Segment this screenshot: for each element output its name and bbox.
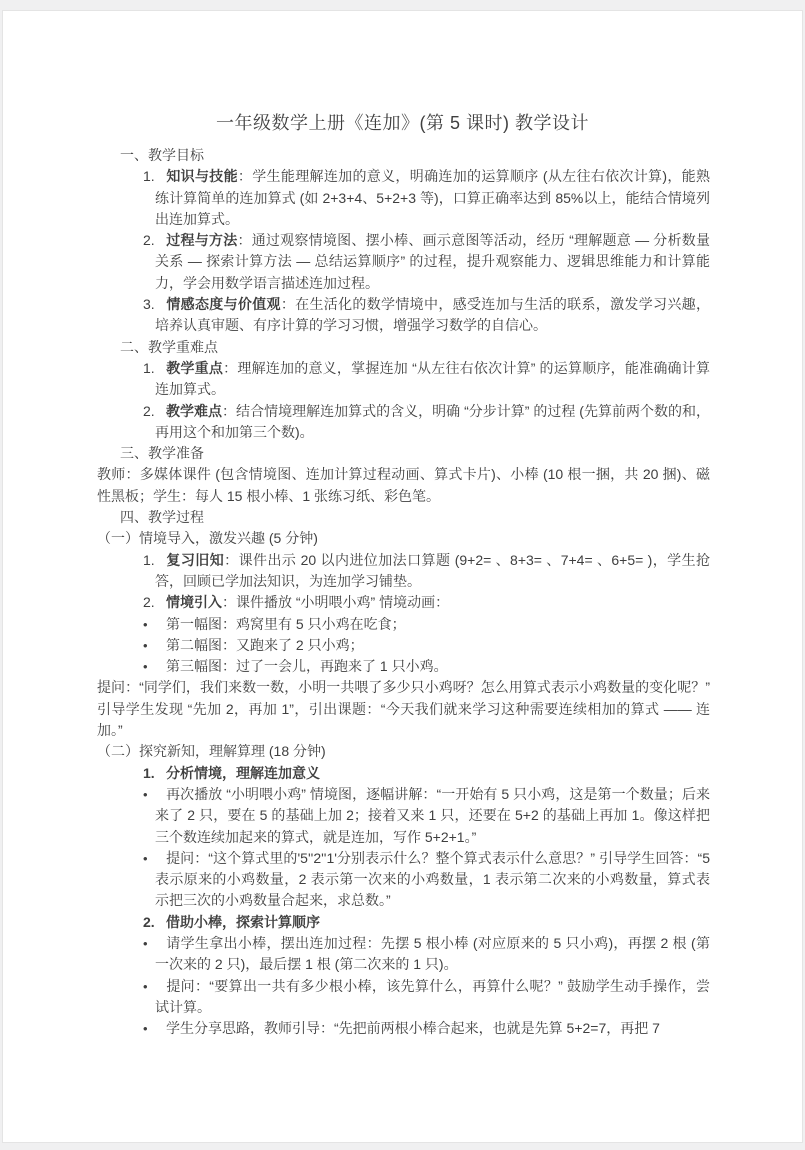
- paragraph: 提问：“同学们，我们来数一数，小明一共喂了多少只小鸡呀？怎么用算式表示小鸡数量的…: [97, 677, 710, 741]
- section-heading: 二、教学重难点: [97, 337, 710, 358]
- bold-label: 教学难点: [166, 403, 222, 419]
- bullet-marker: •: [143, 848, 166, 869]
- bullet-marker: •: [143, 933, 166, 954]
- paragraph: 教师：多媒体课件 (包含情境图、连加计算过程动画、算式卡片)、小棒 (10 根一…: [97, 464, 710, 507]
- bullet-marker: •: [143, 656, 166, 677]
- numbered-list-item: 2.过程与方法：通过观察情境图、摆小棒、画示意图等活动，经历 “理解题意 — 分…: [97, 230, 710, 294]
- subsection-heading: （二）探究新知，理解算理 (18 分钟): [97, 741, 710, 762]
- numbered-list-item: 1.知识与技能：学生能理解连加的意义，明确连加的运算顺序 (从左往右依次计算)，…: [97, 166, 710, 230]
- bold-label: 知识与技能: [166, 168, 238, 184]
- numbered-list-item-bold: 1.分析情境，理解连加意义: [97, 763, 710, 784]
- section-heading: 四、教学过程: [97, 507, 710, 528]
- list-number: 1.: [143, 550, 166, 571]
- document-page: 一年级数学上册《连加》(第 5 课时) 教学设计 一、教学目标1.知识与技能：学…: [2, 10, 803, 1143]
- bold-label: 过程与方法: [166, 232, 237, 248]
- section-heading: 三、教学准备: [97, 443, 710, 464]
- bullet-marker: •: [143, 1018, 166, 1039]
- bullet-marker: •: [143, 614, 166, 635]
- list-number: 2.: [143, 401, 166, 422]
- bullet-list-item: •再次播放 “小明喂小鸡” 情境图，逐幅讲解：“一开始有 5 只小鸡，这是第一个…: [97, 784, 710, 848]
- document-body: 一、教学目标1.知识与技能：学生能理解连加的意义，明确连加的运算顺序 (从左往右…: [97, 145, 710, 1039]
- numbered-list-item: 2.教学难点：结合情境理解连加算式的含义，明确 “分步计算” 的过程 (先算前两…: [97, 401, 710, 444]
- list-number: 1.: [143, 358, 166, 379]
- list-number: 2.: [143, 592, 166, 613]
- list-number: 3.: [143, 294, 166, 315]
- bullet-list-item: •第二幅图：又跑来了 2 只小鸡；: [97, 635, 710, 656]
- bullet-list-item: •提问：“这个算式里的'5''2''1'分别表示什么？整个算式表示什么意思？” …: [97, 848, 710, 912]
- section-heading: 一、教学目标: [97, 145, 710, 166]
- bullet-list-item: •第一幅图：鸡窝里有 5 只小鸡在吃食；: [97, 614, 710, 635]
- numbered-list-item: 1.复习旧知：课件出示 20 以内进位加法口算题 (9+2= 、8+3= 、7+…: [97, 550, 710, 593]
- list-number: 2.: [143, 912, 166, 933]
- numbered-list-item-bold: 2.借助小棒，探索计算顺序: [97, 912, 710, 933]
- bullet-list-item: •学生分享思路，教师引导：“先把前两根小棒合起来，也就是先算 5+2=7，再把 …: [97, 1018, 710, 1039]
- subsection-heading: （一）情境导入，激发兴趣 (5 分钟): [97, 528, 710, 549]
- list-number: 1.: [143, 166, 166, 187]
- bold-label: 分析情境，理解连加意义: [166, 765, 320, 781]
- document-viewer: { "canvas": { "backdrop_color": "#f0f0f1…: [0, 0, 805, 1150]
- bullet-marker: •: [143, 635, 166, 656]
- bold-label: 情境引入: [166, 594, 222, 610]
- bold-label: 教学重点: [166, 360, 223, 376]
- bullet-marker: •: [143, 976, 166, 997]
- numbered-list-item: 2.情境引入：课件播放 “小明喂小鸡” 情境动画：: [97, 592, 710, 613]
- list-number: 1.: [143, 763, 166, 784]
- list-number: 2.: [143, 230, 166, 251]
- numbered-list-item: 3.情感态度与价值观：在生活化的数学情境中，感受连加与生活的联系，激发学习兴趣，…: [97, 294, 710, 337]
- bullet-list-item: •提问：“要算出一共有多少根小棒，该先算什么，再算什么呢？” 鼓励学生动手操作，…: [97, 976, 710, 1019]
- bold-label: 情感态度与价值观: [166, 296, 281, 312]
- bold-label: 借助小棒，探索计算顺序: [166, 914, 320, 930]
- bullet-list-item: •请学生拿出小棒，摆出连加过程：先摆 5 根小棒 (对应原来的 5 只小鸡)，再…: [97, 933, 710, 976]
- document-title: 一年级数学上册《连加》(第 5 课时) 教学设计: [3, 11, 802, 136]
- bullet-list-item: •第三幅图：过了一会儿，再跑来了 1 只小鸡。: [97, 656, 710, 677]
- numbered-list-item: 1.教学重点：理解连加的意义，掌握连加 “从左往右依次计算” 的运算顺序，能准确…: [97, 358, 710, 401]
- bullet-marker: •: [143, 784, 166, 805]
- bold-label: 复习旧知: [166, 552, 224, 568]
